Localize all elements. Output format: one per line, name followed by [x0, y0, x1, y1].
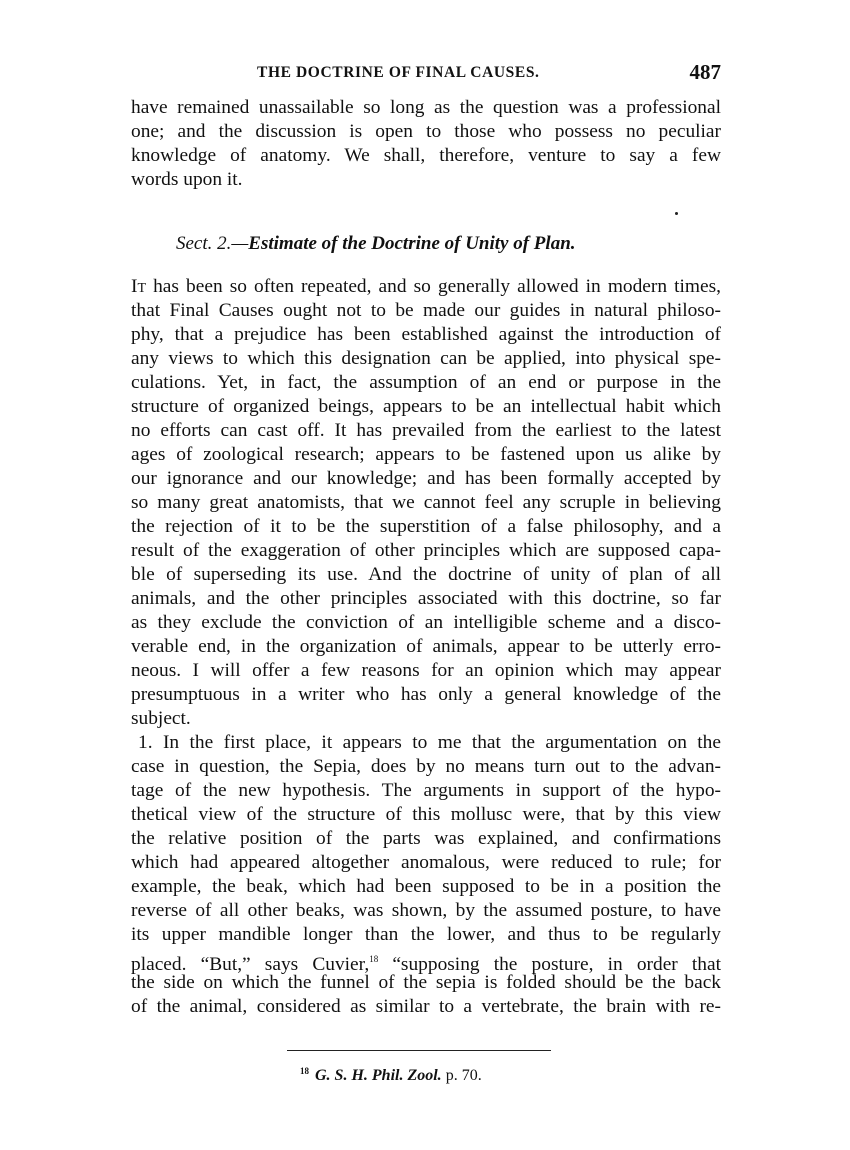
text-line: knowledge of anatomy. We shall, therefor…	[131, 144, 721, 168]
page-number: 487	[690, 60, 722, 85]
text-line: words upon it.	[131, 168, 721, 192]
text-line: one; and the discussion is open to those…	[131, 120, 721, 144]
print-speck	[675, 212, 678, 215]
footnote: 18G. S. H. Phil. Zool. p. 70.	[300, 1066, 482, 1085]
dropcap-word: It	[131, 276, 146, 297]
text-line: its upper mandible longer than the lower…	[131, 923, 721, 947]
footnote-reference[interactable]: 18	[369, 954, 378, 964]
text-line: the rejection of it to be the superstiti…	[131, 515, 721, 539]
text-line: subject.	[131, 707, 721, 731]
text-line: phy, that a prejudice has been establish…	[131, 323, 721, 347]
text-line: example, the beak, which had been suppos…	[131, 875, 721, 899]
text-line: no efforts can cast off. It has prevaile…	[131, 419, 721, 443]
text-line: structure of organized beings, appears t…	[131, 395, 721, 419]
text-line: animals, and the other principles associ…	[131, 587, 721, 611]
section-title: Estimate of the Doctrine of Unity of Pla…	[248, 233, 575, 254]
text-line: as they exclude the conviction of an int…	[131, 611, 721, 635]
text-line: so many great anatomists, that we cannot…	[131, 491, 721, 515]
text-line: 1. In the first place, it appears to me …	[131, 731, 721, 755]
text-line: verable end, in the organization of anim…	[131, 635, 721, 659]
text-line: tage of the new hypothesis. The argument…	[131, 779, 721, 803]
running-head: THE DOCTRINE OF FINAL CAUSES. 487	[131, 62, 721, 88]
text-line: culations. Yet, in fact, the assumption …	[131, 371, 721, 395]
section-label: Sect. 2.—	[176, 233, 248, 254]
text-line: case in question, the Sepia, does by no …	[131, 755, 721, 779]
text-line: our ignorance and our knowledge; and has…	[131, 467, 721, 491]
text-line: thetical view of the structure of this m…	[131, 803, 721, 827]
text-line: ble of superseding its use. And the doct…	[131, 563, 721, 587]
text-line: placed. “But,” says Cuvier,18 “supposing…	[131, 947, 721, 971]
text-line: result of the exaggeration of other prin…	[131, 539, 721, 563]
text-line: which had appeared altogether anomalous,…	[131, 851, 721, 875]
text-line: ages of zoological research; appears to …	[131, 443, 721, 467]
text-line: It has been so often repeated, and so ge…	[131, 275, 721, 299]
section-heading: Sect. 2.—Estimate of the Doctrine of Uni…	[176, 232, 696, 256]
footnote-number: 18	[300, 1066, 309, 1076]
running-title: THE DOCTRINE OF FINAL CAUSES.	[257, 64, 540, 82]
text-line: reverse of all other beaks, was shown, b…	[131, 899, 721, 923]
footnote-page: p. 70.	[442, 1067, 482, 1084]
footnote-source: G. S. H. Phil. Zool.	[315, 1067, 442, 1084]
text-line: that Final Causes ought not to be made o…	[131, 299, 721, 323]
text-line: presumptuous in a writer who has only a …	[131, 683, 721, 707]
text-line: the side on which the funnel of the sepi…	[131, 971, 721, 995]
text-line: any views to which this designation can …	[131, 347, 721, 371]
footnote-divider	[287, 1050, 551, 1051]
text-line: of the animal, considered as similar to …	[131, 995, 721, 1019]
text-line: have remained unassailable so long as th…	[131, 96, 721, 120]
text-line: the relative position of the parts was e…	[131, 827, 721, 851]
text-line: neous. I will offer a few reasons for an…	[131, 659, 721, 683]
